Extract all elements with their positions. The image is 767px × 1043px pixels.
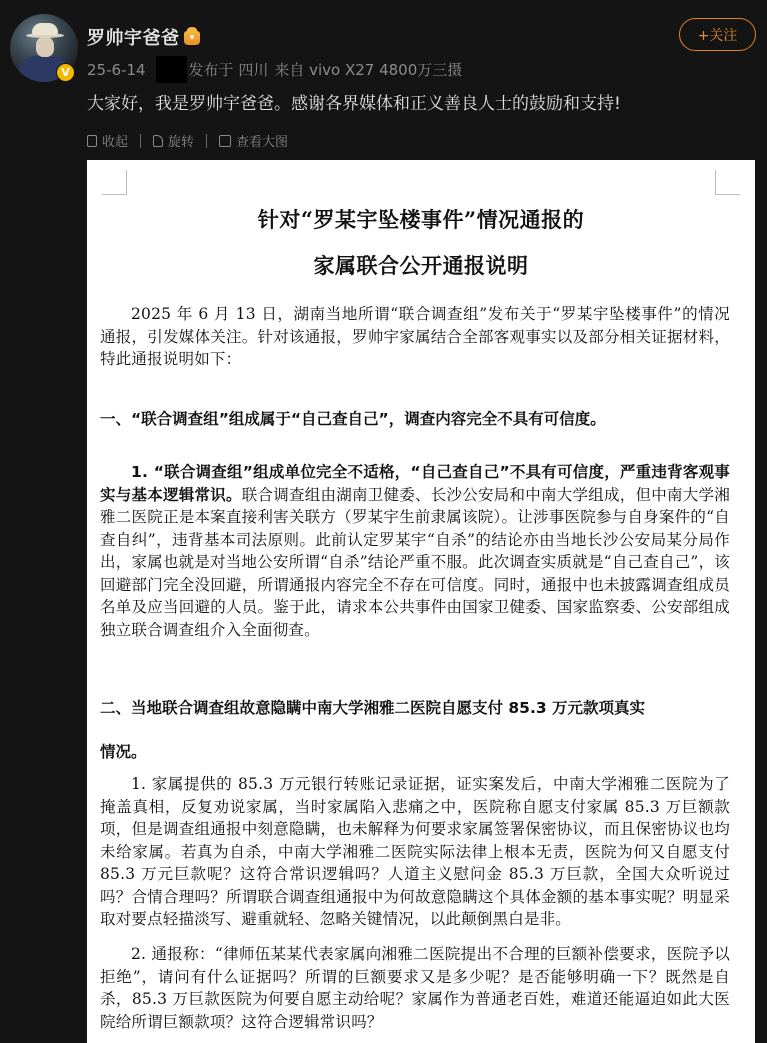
post-source: 来自 vivo X27 4800万三摄 bbox=[274, 59, 462, 80]
page-corner-mark bbox=[102, 170, 127, 195]
view-large-label: 查看大图 bbox=[236, 131, 288, 150]
document-title-line2: 家属联合公开通报说明 bbox=[87, 250, 755, 280]
toolbar-divider bbox=[140, 134, 141, 148]
toolbar-divider bbox=[206, 134, 207, 148]
page-corner-mark bbox=[715, 170, 740, 195]
rotate-label: 旋转 bbox=[168, 131, 194, 150]
avatar-hat bbox=[32, 23, 58, 35]
username-row: 罗帅宇爸爸 bbox=[87, 24, 200, 50]
section1-item1: 1. “联合调查组”组成单位完全不适格，“自己查自己”不具有可信度，严重违背客观… bbox=[100, 461, 730, 641]
verified-badge-icon: V bbox=[56, 63, 75, 82]
section2-item2-text: 2. 通报称：“律师伍某某代表家属向湘雅二医院提出不合理的巨额补偿要求，医院予以… bbox=[100, 945, 730, 1031]
section2-item1: 1. 家属提供的 85.3 万元银行转账记录证据，证实案发后，中南大学湘雅二医院… bbox=[100, 773, 730, 931]
section1-item1-text: 联合调查组由湖南卫健委、长沙公安局和中南大学组成，但中南大学湘雅二医院正是本案直… bbox=[100, 486, 730, 639]
post-date[interactable]: 25-6-14 bbox=[87, 61, 146, 79]
crown-icon bbox=[184, 31, 200, 45]
view-large-button[interactable]: 查看大图 bbox=[219, 131, 288, 150]
redacted-block bbox=[156, 56, 187, 83]
rotate-icon bbox=[153, 135, 163, 147]
collapse-button[interactable]: 收起 bbox=[87, 131, 128, 150]
image-icon bbox=[219, 135, 231, 147]
intro-text: 2025 年 6 月 13 日，湖南当地所谓“联合调查组”发布关于“罗某宇坠楼事… bbox=[100, 305, 730, 368]
collapse-icon bbox=[87, 135, 97, 147]
post-text: 大家好，我是罗帅宇爸爸。感谢各界媒体和正义善良人士的鼓励和支持! bbox=[87, 89, 621, 114]
intro-paragraph: 2025 年 6 月 13 日，湖南当地所谓“联合调查组”发布关于“罗某宇坠楼事… bbox=[100, 303, 730, 371]
document-title-line1: 针对“罗某宇坠楼事件”情况通报的 bbox=[87, 204, 755, 234]
section1-heading: 一、“联合调查组”组成属于“自己查自己”，调查内容完全不具有可信度。 bbox=[100, 407, 740, 429]
follow-button[interactable]: +关注 bbox=[679, 18, 756, 51]
section2-item1-text: 1. 家属提供的 85.3 万元银行转账记录证据，证实案发后，中南大学湘雅二医院… bbox=[100, 775, 730, 928]
section2-heading-line2: 情况。 bbox=[100, 740, 740, 762]
image-toolbar: 收起 旋转 查看大图 bbox=[87, 131, 288, 150]
post-location: 发布于 四川 bbox=[189, 59, 269, 80]
username-link[interactable]: 罗帅宇爸爸 bbox=[87, 28, 180, 49]
section2-heading-line1: 二、当地联合调查组故意隐瞒中南大学湘雅二医院自愿支付 85.3 万元款项真实 bbox=[100, 696, 740, 718]
collapse-label: 收起 bbox=[102, 131, 128, 150]
post-meta: 25-6-14 发布于 四川 来自 vivo X27 4800万三摄 bbox=[87, 56, 462, 83]
avatar-face bbox=[36, 37, 54, 57]
section2-item2: 2. 通报称：“律师伍某某代表家属向湘雅二医院提出不合理的巨额补偿要求，医院予以… bbox=[100, 943, 730, 1033]
document-image[interactable]: 针对“罗某宇坠楼事件”情况通报的 家属联合公开通报说明 2025 年 6 月 1… bbox=[87, 160, 755, 1043]
rotate-button[interactable]: 旋转 bbox=[153, 131, 194, 150]
